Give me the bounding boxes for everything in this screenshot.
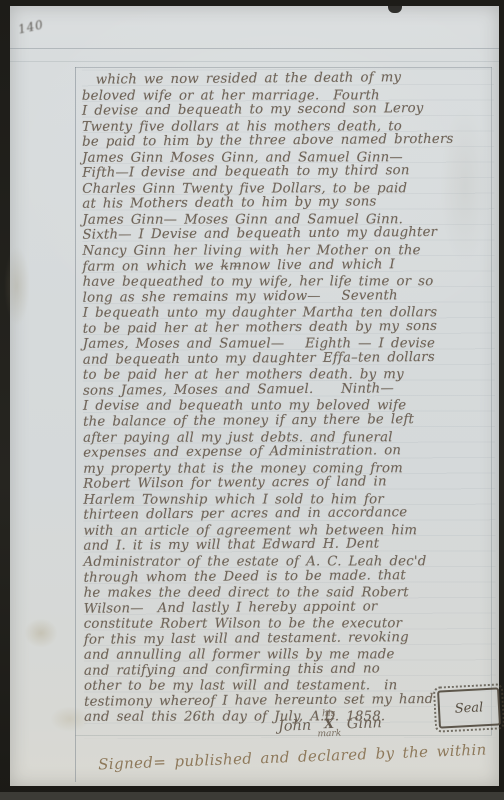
paper-stain xyxy=(4,246,30,326)
scan-bottom-edge xyxy=(0,792,504,800)
handwritten-line: Wilson— And lastly I hereby appoint or xyxy=(84,598,496,617)
seal-label: Seal xyxy=(454,700,483,716)
will-text-block: which we now resided at the death of my … xyxy=(82,68,496,738)
seal-stamp: Seal xyxy=(437,687,501,728)
handwritten-line: be paid to him by the three above named … xyxy=(82,132,494,151)
page-number-annotation: 140 xyxy=(17,17,45,36)
handwritten-line: to be paid her at her mothers death by m… xyxy=(83,318,495,337)
paper-stain xyxy=(24,618,58,648)
handwritten-line: which we now resided at the death of my xyxy=(82,69,494,88)
handwritten-line: for this my last will and testament. rev… xyxy=(84,629,496,648)
handwritten-line: expenses and expense of Administration. … xyxy=(83,443,495,462)
attestation-line: Signed= published and declared by the wi… xyxy=(98,741,487,774)
handwritten-line: the balance of the money if any there be… xyxy=(83,412,495,431)
header-rule-line xyxy=(10,48,499,49)
will-page: 140 which we now resided at the death of… xyxy=(10,6,499,786)
handwritten-line: long as she remains my widow— Seventh xyxy=(83,287,495,306)
handwritten-line: and bequeath unto my daughter Effa–ten d… xyxy=(83,349,495,368)
handwritten-line: and I. it is my will that Edward H. Dent xyxy=(83,536,495,555)
his-x-mark: his X mark xyxy=(317,710,342,740)
left-margin-line xyxy=(75,67,76,782)
handwritten-line: testimony whereof I have hereunto set my… xyxy=(84,691,496,710)
header-rule-line-2 xyxy=(10,61,499,62)
handwritten-line: Robert Wilson for twenty acres of land i… xyxy=(83,474,495,493)
scanned-document: 140 which we now resided at the death of… xyxy=(0,0,504,800)
signature-first-name: John xyxy=(278,717,312,734)
handwritten-line: through whom the Deed is to be made. tha… xyxy=(84,567,496,586)
handwritten-line: Sixth— I Devise and bequeath unto my dau… xyxy=(82,225,494,244)
testator-signature: John his X mark Ginn xyxy=(278,708,383,741)
handwritten-line: Fifth—I devise and bequeath to my third … xyxy=(82,163,494,182)
handwritten-line: farm on which we k̶m̶now live and which … xyxy=(82,256,494,275)
handwritten-line: sons James, Moses and Samuel. Ninth— xyxy=(83,380,495,399)
scan-edge-nick xyxy=(388,6,402,13)
handwritten-line: and ratifying and confirming this and no xyxy=(84,660,496,679)
handwritten-line: I devise and bequeath to my second son L… xyxy=(82,101,494,120)
handwritten-line: at his Mothers death to him by my sons xyxy=(82,194,494,213)
mark-label: mark xyxy=(317,730,341,740)
signature-last-name: Ginn xyxy=(347,715,382,732)
handwritten-line: thirteen dollars per acres and in accord… xyxy=(83,505,495,524)
